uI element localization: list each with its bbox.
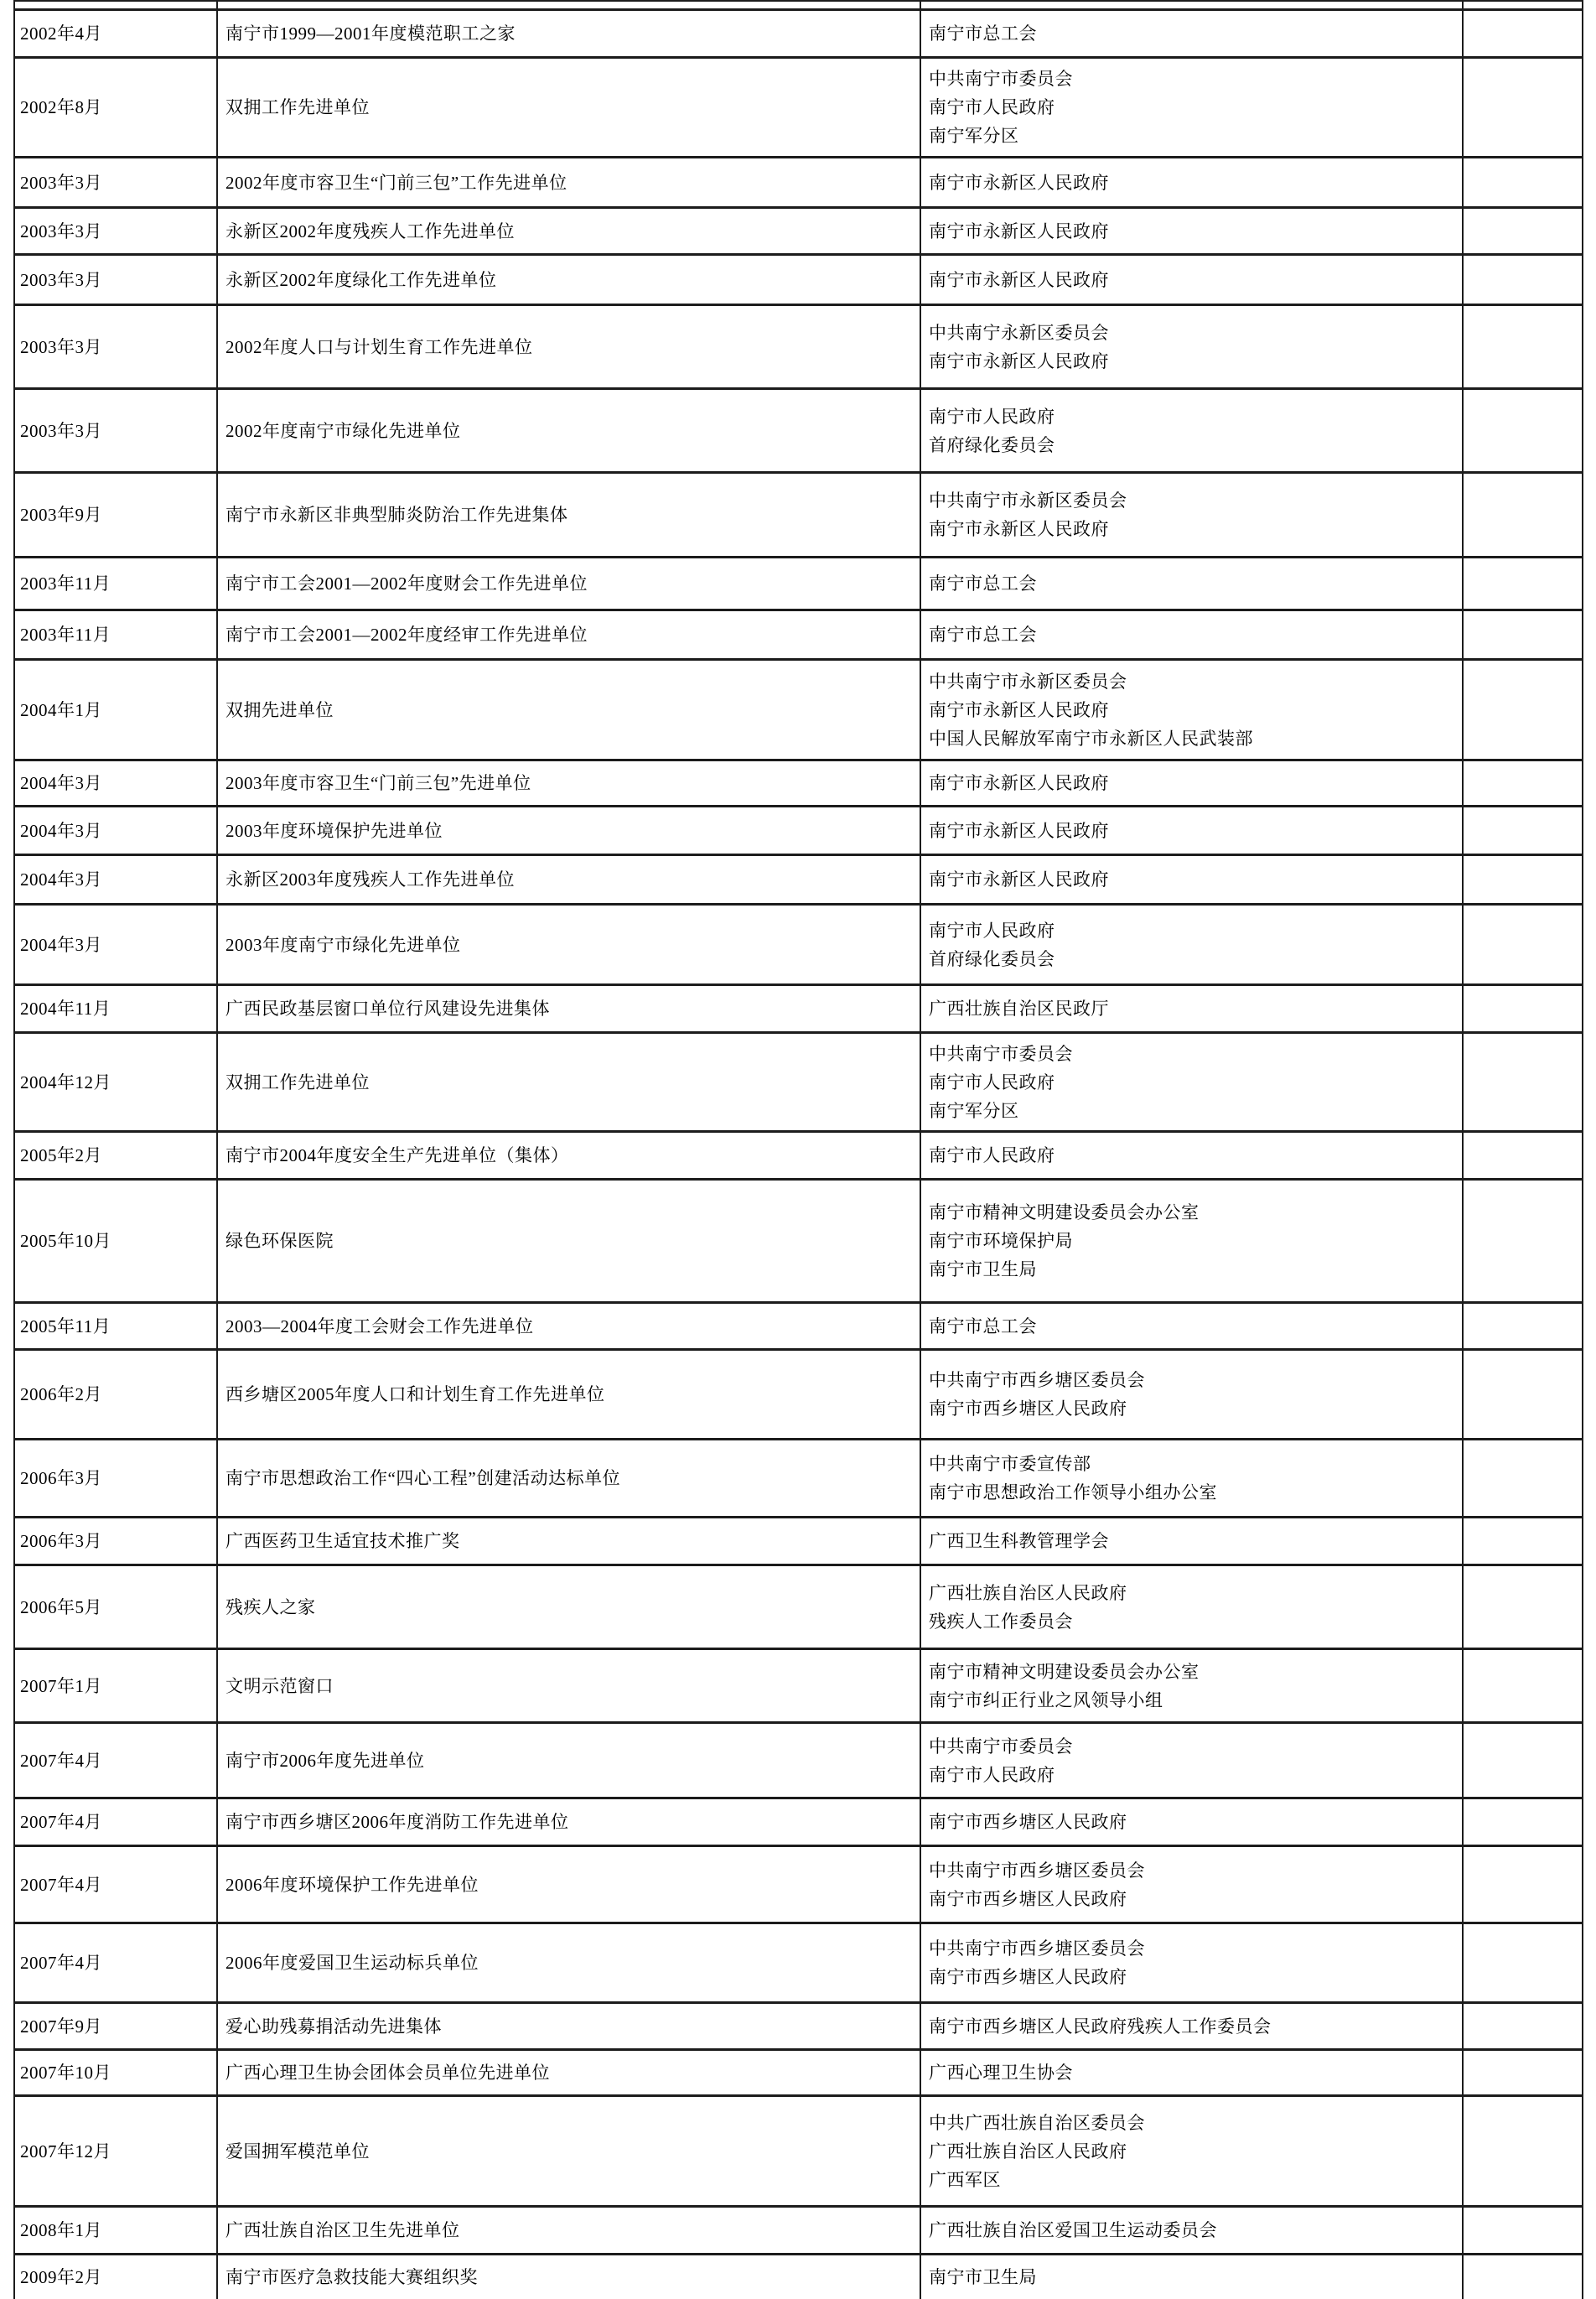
empty-cell [1464,1440,1582,1516]
awarding-org: 南宁市总工会 [929,620,1037,649]
empty-cell [1464,158,1582,206]
award-cell: 广西民政基层窗口单位行风建设先进集体 [218,986,921,1031]
empty-cell [1464,1924,1582,2001]
award-cell: 南宁市工会2001—2002年度经审工作先进单位 [218,611,921,658]
empty-cell [1464,2208,1582,2253]
award-title: 南宁市2006年度先进单位 [225,1750,425,1772]
award-date: 2007年12月 [20,2141,111,2162]
date-cell: 2003年3月 [15,390,218,471]
date-cell: 2004年12月 [15,1034,218,1130]
org-cell: 中共南宁市西乡塘区委员会南宁市西乡塘区人民政府 [921,1847,1464,1922]
empty-cell [1464,1650,1582,1721]
org-cell: 南宁市人民政府 [921,1133,1464,1178]
empty-cell [1464,2,1582,8]
award-date: 2007年10月 [20,2062,111,2084]
award-date: 2004年11月 [20,998,111,1020]
date-cell: 2004年11月 [15,986,218,1031]
empty-cell [1464,661,1582,759]
awarding-org: 南宁市人民政府 [929,1761,1055,1789]
table-row: 2007年10月广西心理卫生协会团体会员单位先进单位广西心理卫生协会 [15,2051,1582,2097]
table-row: 2006年2月西乡塘区2005年度人口和计划生育工作先进单位中共南宁市西乡塘区委… [15,1351,1582,1440]
empty-cell [1464,1034,1582,1130]
award-title: 南宁市工会2001—2002年度财会工作先进单位 [225,573,588,594]
awarding-org: 中国人民解放军南宁市永新区人民武装部 [929,724,1253,753]
table-row: 2002年8月双拥工作先进单位中共南宁市委员会南宁市人民政府南宁军分区 [15,59,1582,158]
award-title: 残疾人之家 [225,1596,316,1618]
empty-cell [1464,1518,1582,1564]
date-cell: 2006年3月 [15,1440,218,1516]
award-title: 2002年度人口与计划生育工作先进单位 [225,336,533,358]
empty-cell [1464,807,1582,854]
award-title: 2003—2004年度工会财会工作先进单位 [225,1316,534,1337]
award-cell: 南宁市1999—2001年度模范职工之家 [218,11,921,56]
empty-cell [1464,2097,1582,2205]
award-title: 西乡塘区2005年度人口和计划生育工作先进单位 [225,1383,605,1405]
award-title: 2006年度爱国卫生运动标兵单位 [225,1952,479,1974]
awarding-org: 中共南宁市永新区委员会 [929,486,1127,515]
awarding-org: 广西卫生科教管理学会 [929,1527,1109,1555]
awarding-org: 南宁市西乡塘区人民政府 [929,1394,1127,1423]
table-row: 2005年11月2003—2004年度工会财会工作先进单位南宁市总工会 [15,1304,1582,1351]
org-cell: 中共南宁市永新区委员会南宁市永新区人民政府 [921,474,1464,556]
table-row-partial-top [15,0,1582,11]
org-cell: 南宁市永新区人民政府 [921,761,1464,805]
award-cell: 文明示范窗口 [218,1650,921,1721]
awarding-org: 南宁市永新区人民政府 [929,169,1109,197]
org-cell: 广西卫生科教管理学会 [921,1518,1464,1564]
awarding-org: 首府绿化委员会 [929,431,1055,459]
award-date: 2003年3月 [20,420,102,442]
empty-cell [1464,390,1582,471]
date-cell: 2004年3月 [15,807,218,854]
award-cell [218,2,921,8]
awarding-org: 南宁市卫生局 [929,1255,1037,1284]
org-cell: 中共南宁市委员会南宁市人民政府南宁军分区 [921,59,1464,156]
award-title: 双拥工作先进单位 [225,1072,370,1093]
org-cell: 中共南宁市委员会南宁市人民政府 [921,1724,1464,1797]
award-date: 2006年2月 [20,1383,102,1405]
award-date: 2004年3月 [20,772,102,794]
awarding-org: 中共南宁市西乡塘区委员会 [929,1856,1145,1885]
award-date: 2004年3月 [20,869,102,890]
award-cell: 永新区2002年度残疾人工作先进单位 [218,209,921,253]
table-row: 2004年3月2003年度环境保护先进单位南宁市永新区人民政府 [15,807,1582,856]
awarding-org: 广西壮族自治区人民政府 [929,1579,1127,1607]
date-cell: 2002年8月 [15,59,218,156]
awarding-org: 广西壮族自治区人民政府 [929,2137,1127,2166]
awarding-org: 南宁市精神文明建设委员会办公室 [929,1198,1200,1227]
award-cell: 爱国拥军模范单位 [218,2097,921,2205]
awarding-org: 中共南宁市委员会 [929,1040,1073,1068]
table-row: 2003年3月2002年度人口与计划生育工作先进单位中共南宁永新区委员会南宁市永… [15,306,1582,390]
table-row: 2003年3月2002年度市容卫生“门前三包”工作先进单位南宁市永新区人民政府 [15,158,1582,209]
document-page: { "document": { "type": "awards-honors-t… [0,0,1596,2299]
date-cell: 2003年11月 [15,558,218,609]
empty-cell [1464,1847,1582,1922]
award-date: 2003年11月 [20,573,111,594]
awarding-org: 南宁市永新区人民政府 [929,769,1109,797]
org-cell: 中共南宁市永新区委员会南宁市永新区人民政府中国人民解放军南宁市永新区人民武装部 [921,661,1464,759]
award-cell: 西乡塘区2005年度人口和计划生育工作先进单位 [218,1351,921,1438]
awarding-org: 中共南宁市委员会 [929,65,1073,93]
org-cell: 南宁市卫生局 [921,2255,1464,2299]
awarding-org: 南宁市总工会 [929,569,1037,598]
empty-cell [1464,986,1582,1031]
date-cell: 2002年4月 [15,11,218,56]
table-row: 2004年3月2003年度市容卫生“门前三包”先进单位南宁市永新区人民政府 [15,761,1582,807]
date-cell: 2009年2月 [15,2255,218,2299]
award-date: 2003年9月 [20,504,102,526]
empty-cell [1464,611,1582,658]
awarding-org: 南宁军分区 [929,1097,1019,1125]
table-row: 2006年3月广西医药卫生适宜技术推广奖广西卫生科教管理学会 [15,1518,1582,1566]
award-date: 2005年2月 [20,1144,102,1166]
award-cell: 绿色环保医院 [218,1181,921,1301]
awarding-org: 南宁市环境保护局 [929,1227,1073,1255]
award-cell: 爱心助残募捐活动先进集体 [218,2004,921,2048]
date-cell: 2007年4月 [15,1799,218,1845]
awarding-org: 南宁市西乡塘区人民政府 [929,1963,1127,1991]
award-date: 2003年3月 [20,269,102,291]
award-cell: 2002年度南宁市绿化先进单位 [218,390,921,471]
org-cell: 南宁市永新区人民政府 [921,856,1464,903]
award-title: 绿色环保医院 [225,1230,334,1252]
org-cell: 南宁市人民政府首府绿化委员会 [921,906,1464,983]
award-title: 2003年度市容卫生“门前三包”先进单位 [225,772,531,794]
award-date: 2004年1月 [20,699,102,721]
org-cell: 南宁市人民政府首府绿化委员会 [921,390,1464,471]
awarding-org: 南宁市精神文明建设委员会办公室 [929,1658,1200,1686]
award-cell: 广西心理卫生协会团体会员单位先进单位 [218,2051,921,2094]
org-cell: 南宁市总工会 [921,1304,1464,1348]
award-title: 永新区2003年度残疾人工作先进单位 [225,869,515,890]
award-cell: 2002年度市容卫生“门前三包”工作先进单位 [218,158,921,206]
org-cell: 中共广西壮族自治区委员会广西壮族自治区人民政府广西军区 [921,2097,1464,2205]
table-row: 2004年3月永新区2003年度残疾人工作先进单位南宁市永新区人民政府 [15,856,1582,906]
award-title: 2003年度南宁市绿化先进单位 [225,934,461,956]
award-date: 2006年3月 [20,1467,102,1489]
award-cell: 2002年度人口与计划生育工作先进单位 [218,306,921,387]
award-cell: 2006年度爱国卫生运动标兵单位 [218,1924,921,2001]
awarding-org: 中共南宁市西乡塘区委员会 [929,1366,1145,1394]
date-cell: 2006年3月 [15,1518,218,1564]
date-cell: 2007年1月 [15,1650,218,1721]
date-cell: 2007年4月 [15,1924,218,2001]
empty-cell [1464,1133,1582,1178]
empty-cell [1464,906,1582,983]
empty-cell [1464,2004,1582,2048]
org-cell: 中共南宁市委宣传部南宁市思想政治工作领导小组办公室 [921,1440,1464,1516]
date-cell: 2004年3月 [15,856,218,903]
date-cell: 2006年2月 [15,1351,218,1438]
award-title: 南宁市西乡塘区2006年度消防工作先进单位 [225,1811,569,1833]
table-row: 2007年4月2006年度爱国卫生运动标兵单位中共南宁市西乡塘区委员会南宁市西乡… [15,1924,1582,2004]
award-cell: 南宁市2004年度安全生产先进单位（集体） [218,1133,921,1178]
date-cell: 2005年2月 [15,1133,218,1178]
table-row: 2007年4月南宁市西乡塘区2006年度消防工作先进单位南宁市西乡塘区人民政府 [15,1799,1582,1847]
table-row: 2003年11月南宁市工会2001—2002年度经审工作先进单位南宁市总工会 [15,611,1582,661]
table-row: 2007年1月文明示范窗口南宁市精神文明建设委员会办公室南宁市纠正行业之风领导小… [15,1650,1582,1724]
date-cell: 2007年12月 [15,2097,218,2205]
date-cell: 2004年3月 [15,906,218,983]
awarding-org: 南宁市人民政府 [929,93,1055,122]
date-cell: 2007年9月 [15,2004,218,2048]
table-row: 2002年4月南宁市1999—2001年度模范职工之家南宁市总工会 [15,11,1582,59]
table-row: 2003年3月2002年度南宁市绿化先进单位南宁市人民政府首府绿化委员会 [15,390,1582,474]
table-row: 2007年9月爱心助残募捐活动先进集体南宁市西乡塘区人民政府残疾人工作委员会 [15,2004,1582,2051]
award-cell: 南宁市思想政治工作“四心工程”创建活动达标单位 [218,1440,921,1516]
org-cell: 南宁市精神文明建设委员会办公室南宁市环境保护局南宁市卫生局 [921,1181,1464,1301]
empty-cell [1464,1724,1582,1797]
date-cell: 2003年11月 [15,611,218,658]
org-cell: 广西壮族自治区人民政府残疾人工作委员会 [921,1566,1464,1648]
table-row: 2009年2月南宁市医疗急救技能大赛组织奖南宁市卫生局 [15,2255,1582,2299]
award-title: 南宁市2004年度安全生产先进单位（集体） [225,1144,569,1166]
awarding-org: 南宁市永新区人民政府 [929,347,1109,376]
award-title: 2002年度市容卫生“门前三包”工作先进单位 [225,172,567,194]
awarding-org: 南宁市永新区人民政府 [929,696,1109,724]
award-date: 2007年1月 [20,1675,102,1697]
award-title: 南宁市思想政治工作“四心工程”创建活动达标单位 [225,1467,620,1489]
awarding-org: 南宁市总工会 [929,1312,1037,1341]
table-row: 2005年10月绿色环保医院南宁市精神文明建设委员会办公室南宁市环境保护局南宁市… [15,1181,1582,1304]
award-date: 2005年10月 [20,1230,111,1252]
awarding-org: 南宁市永新区人民政府 [929,266,1109,294]
awarding-org: 南宁市西乡塘区人民政府 [929,1885,1127,1913]
award-date: 2004年3月 [20,820,102,842]
table-row: 2007年4月2006年度环境保护工作先进单位中共南宁市西乡塘区委员会南宁市西乡… [15,1847,1582,1924]
empty-cell [1464,209,1582,253]
date-cell: 2007年4月 [15,1847,218,1922]
award-cell: 2003年度环境保护先进单位 [218,807,921,854]
award-cell: 2003年度市容卫生“门前三包”先进单位 [218,761,921,805]
date-cell: 2005年11月 [15,1304,218,1348]
awarding-org: 广西壮族自治区民政厅 [929,994,1109,1023]
awarding-org: 南宁市人民政府 [929,916,1055,945]
empty-cell [1464,11,1582,56]
award-cell: 双拥工作先进单位 [218,1034,921,1130]
org-cell: 中共南宁市西乡塘区委员会南宁市西乡塘区人民政府 [921,1924,1464,2001]
table-row: 2003年3月永新区2002年度残疾人工作先进单位南宁市永新区人民政府 [15,209,1582,256]
award-date: 2004年12月 [20,1072,111,1093]
award-date: 2003年11月 [20,624,111,646]
award-title: 2003年度环境保护先进单位 [225,820,443,842]
empty-cell [1464,2051,1582,2094]
date-cell: 2005年10月 [15,1181,218,1301]
awarding-org: 中共南宁市永新区委员会 [929,667,1127,696]
empty-cell [1464,558,1582,609]
award-title: 永新区2002年度残疾人工作先进单位 [225,221,515,242]
table-row: 2004年12月双拥工作先进单位中共南宁市委员会南宁市人民政府南宁军分区 [15,1034,1582,1133]
award-title: 2002年度南宁市绿化先进单位 [225,420,461,442]
empty-cell [1464,59,1582,156]
award-title: 南宁市1999—2001年度模范职工之家 [225,23,516,44]
table-row: 2003年3月永新区2002年度绿化工作先进单位南宁市永新区人民政府 [15,256,1582,306]
award-date: 2002年8月 [20,96,102,118]
date-cell: 2004年1月 [15,661,218,759]
award-cell: 南宁市工会2001—2002年度财会工作先进单位 [218,558,921,609]
awarding-org: 南宁市人民政府 [929,1141,1055,1170]
award-cell: 广西壮族自治区卫生先进单位 [218,2208,921,2253]
award-date: 2004年3月 [20,934,102,956]
award-date: 2007年4月 [20,1750,102,1772]
table-row: 2007年12月爱国拥军模范单位中共广西壮族自治区委员会广西壮族自治区人民政府广… [15,2097,1582,2208]
empty-cell [1464,1304,1582,1348]
date-cell: 2007年10月 [15,2051,218,2094]
award-title: 广西民政基层窗口单位行风建设先进集体 [225,998,550,1020]
org-cell: 南宁市永新区人民政府 [921,158,1464,206]
org-cell: 南宁市西乡塘区人民政府 [921,1799,1464,1845]
award-cell: 南宁市2006年度先进单位 [218,1724,921,1797]
awarding-org: 残疾人工作委员会 [929,1607,1073,1636]
award-cell: 2006年度环境保护工作先进单位 [218,1847,921,1922]
awarding-org: 中共南宁市委宣传部 [929,1450,1091,1478]
org-cell: 广西心理卫生协会 [921,2051,1464,2094]
org-cell: 中共南宁市委员会南宁市人民政府南宁军分区 [921,1034,1464,1130]
org-cell: 南宁市西乡塘区人民政府残疾人工作委员会 [921,2004,1464,2048]
empty-cell [1464,306,1582,387]
award-cell: 南宁市西乡塘区2006年度消防工作先进单位 [218,1799,921,1845]
award-title: 爱国拥军模范单位 [225,2141,370,2162]
awarding-org: 南宁市思想政治工作领导小组办公室 [929,1478,1217,1507]
award-date: 2007年4月 [20,1952,102,1974]
awards-table: 2002年4月南宁市1999—2001年度模范职工之家南宁市总工会2002年8月… [13,0,1583,2299]
award-cell: 广西医药卫生适宜技术推广奖 [218,1518,921,1564]
date-cell: 2003年3月 [15,158,218,206]
awarding-org: 中共南宁市委员会 [929,1732,1073,1761]
award-date: 2003年3月 [20,221,102,242]
award-date: 2007年9月 [20,2016,102,2037]
table-row: 2008年1月广西壮族自治区卫生先进单位广西壮族自治区爱国卫生运动委员会 [15,2208,1582,2255]
org-cell: 南宁市永新区人民政府 [921,209,1464,253]
award-title: 南宁市工会2001—2002年度经审工作先进单位 [225,624,588,646]
org-cell: 中共南宁市西乡塘区委员会南宁市西乡塘区人民政府 [921,1351,1464,1438]
date-cell: 2003年9月 [15,474,218,556]
award-title: 永新区2002年度绿化工作先进单位 [225,269,497,291]
award-cell: 南宁市永新区非典型肺炎防治工作先进集体 [218,474,921,556]
award-title: 广西壮族自治区卫生先进单位 [225,2219,460,2241]
award-date: 2006年3月 [20,1530,102,1552]
empty-cell [1464,761,1582,805]
org-cell: 南宁市总工会 [921,558,1464,609]
awarding-org: 南宁市人民政府 [929,1068,1055,1097]
date-cell: 2008年1月 [15,2208,218,2253]
award-cell: 永新区2002年度绿化工作先进单位 [218,256,921,304]
date-cell: 2006年5月 [15,1566,218,1648]
award-cell: 南宁市医疗急救技能大赛组织奖 [218,2255,921,2299]
award-date: 2008年1月 [20,2219,102,2241]
award-title: 爱心助残募捐活动先进集体 [225,2016,442,2037]
award-title: 南宁市永新区非典型肺炎防治工作先进集体 [225,504,568,526]
date-cell [15,2,218,8]
empty-cell [1464,1351,1582,1438]
award-date: 2006年5月 [20,1596,102,1618]
table-row: 2007年4月南宁市2006年度先进单位中共南宁市委员会南宁市人民政府 [15,1724,1582,1799]
empty-cell [1464,856,1582,903]
award-date: 2002年4月 [20,23,102,44]
org-cell: 南宁市总工会 [921,11,1464,56]
award-cell: 双拥先进单位 [218,661,921,759]
awarding-org: 南宁市永新区人民政府 [929,865,1109,894]
awarding-org: 南宁市西乡塘区人民政府 [929,1808,1127,1836]
table-row: 2003年9月南宁市永新区非典型肺炎防治工作先进集体中共南宁市永新区委员会南宁市… [15,474,1582,558]
awarding-org: 首府绿化委员会 [929,945,1055,973]
table-row: 2005年2月南宁市2004年度安全生产先进单位（集体）南宁市人民政府 [15,1133,1582,1181]
award-cell: 2003年度南宁市绿化先进单位 [218,906,921,983]
awarding-org: 南宁市卫生局 [929,2263,1037,2291]
org-cell: 南宁市精神文明建设委员会办公室南宁市纠正行业之风领导小组 [921,1650,1464,1721]
awarding-org: 南宁军分区 [929,122,1019,150]
award-cell: 2003—2004年度工会财会工作先进单位 [218,1304,921,1348]
award-cell: 永新区2003年度残疾人工作先进单位 [218,856,921,903]
award-cell: 双拥工作先进单位 [218,59,921,156]
awarding-org: 南宁市永新区人民政府 [929,817,1109,845]
awarding-org: 中共南宁市西乡塘区委员会 [929,1934,1145,1963]
empty-cell [1464,1566,1582,1648]
empty-cell [1464,256,1582,304]
date-cell: 2003年3月 [15,306,218,387]
table-row: 2006年5月残疾人之家广西壮族自治区人民政府残疾人工作委员会 [15,1566,1582,1650]
award-date: 2009年2月 [20,2266,102,2288]
empty-cell [1464,474,1582,556]
award-title: 2006年度环境保护工作先进单位 [225,1874,479,1896]
org-cell: 南宁市永新区人民政府 [921,256,1464,304]
awarding-org: 广西壮族自治区爱国卫生运动委员会 [929,2216,1217,2245]
awarding-org: 南宁市总工会 [929,19,1037,48]
org-cell: 中共南宁永新区委员会南宁市永新区人民政府 [921,306,1464,387]
award-title: 双拥工作先进单位 [225,96,370,118]
award-date: 2005年11月 [20,1316,111,1337]
award-title: 双拥先进单位 [225,699,334,721]
table-row: 2004年1月双拥先进单位中共南宁市永新区委员会南宁市永新区人民政府中国人民解放… [15,661,1582,761]
award-title: 广西医药卫生适宜技术推广奖 [225,1530,460,1552]
date-cell: 2003年3月 [15,209,218,253]
award-date: 2003年3月 [20,172,102,194]
award-date: 2007年4月 [20,1874,102,1896]
org-cell [921,2,1464,8]
org-cell: 广西壮族自治区民政厅 [921,986,1464,1031]
empty-cell [1464,1799,1582,1845]
org-cell: 广西壮族自治区爱国卫生运动委员会 [921,2208,1464,2253]
table-row: 2003年11月南宁市工会2001—2002年度财会工作先进单位南宁市总工会 [15,558,1582,611]
table-row: 2006年3月南宁市思想政治工作“四心工程”创建活动达标单位中共南宁市委宣传部南… [15,1440,1582,1518]
awarding-org: 广西军区 [929,2166,1001,2194]
awarding-org: 南宁市纠正行业之风领导小组 [929,1686,1163,1715]
award-title: 南宁市医疗急救技能大赛组织奖 [225,2266,478,2288]
empty-cell [1464,2255,1582,2299]
empty-cell [1464,1181,1582,1301]
awarding-org: 南宁市永新区人民政府 [929,217,1109,246]
award-date: 2007年4月 [20,1811,102,1833]
awarding-org: 广西心理卫生协会 [929,2058,1073,2087]
award-cell: 残疾人之家 [218,1566,921,1648]
date-cell: 2003年3月 [15,256,218,304]
awarding-org: 中共广西壮族自治区委员会 [929,2109,1145,2137]
awarding-org: 中共南宁永新区委员会 [929,319,1109,347]
award-title: 广西心理卫生协会团体会员单位先进单位 [225,2062,550,2084]
table-row: 2004年3月2003年度南宁市绿化先进单位南宁市人民政府首府绿化委员会 [15,906,1582,986]
award-date: 2003年3月 [20,336,102,358]
award-title: 文明示范窗口 [225,1675,334,1697]
date-cell: 2004年3月 [15,761,218,805]
org-cell: 南宁市总工会 [921,611,1464,658]
awarding-org: 南宁市西乡塘区人民政府残疾人工作委员会 [929,2012,1272,2041]
table-row: 2004年11月广西民政基层窗口单位行风建设先进集体广西壮族自治区民政厅 [15,986,1582,1034]
awarding-org: 南宁市永新区人民政府 [929,515,1109,543]
org-cell: 南宁市永新区人民政府 [921,807,1464,854]
date-cell: 2007年4月 [15,1724,218,1797]
awarding-org: 南宁市人民政府 [929,402,1055,431]
